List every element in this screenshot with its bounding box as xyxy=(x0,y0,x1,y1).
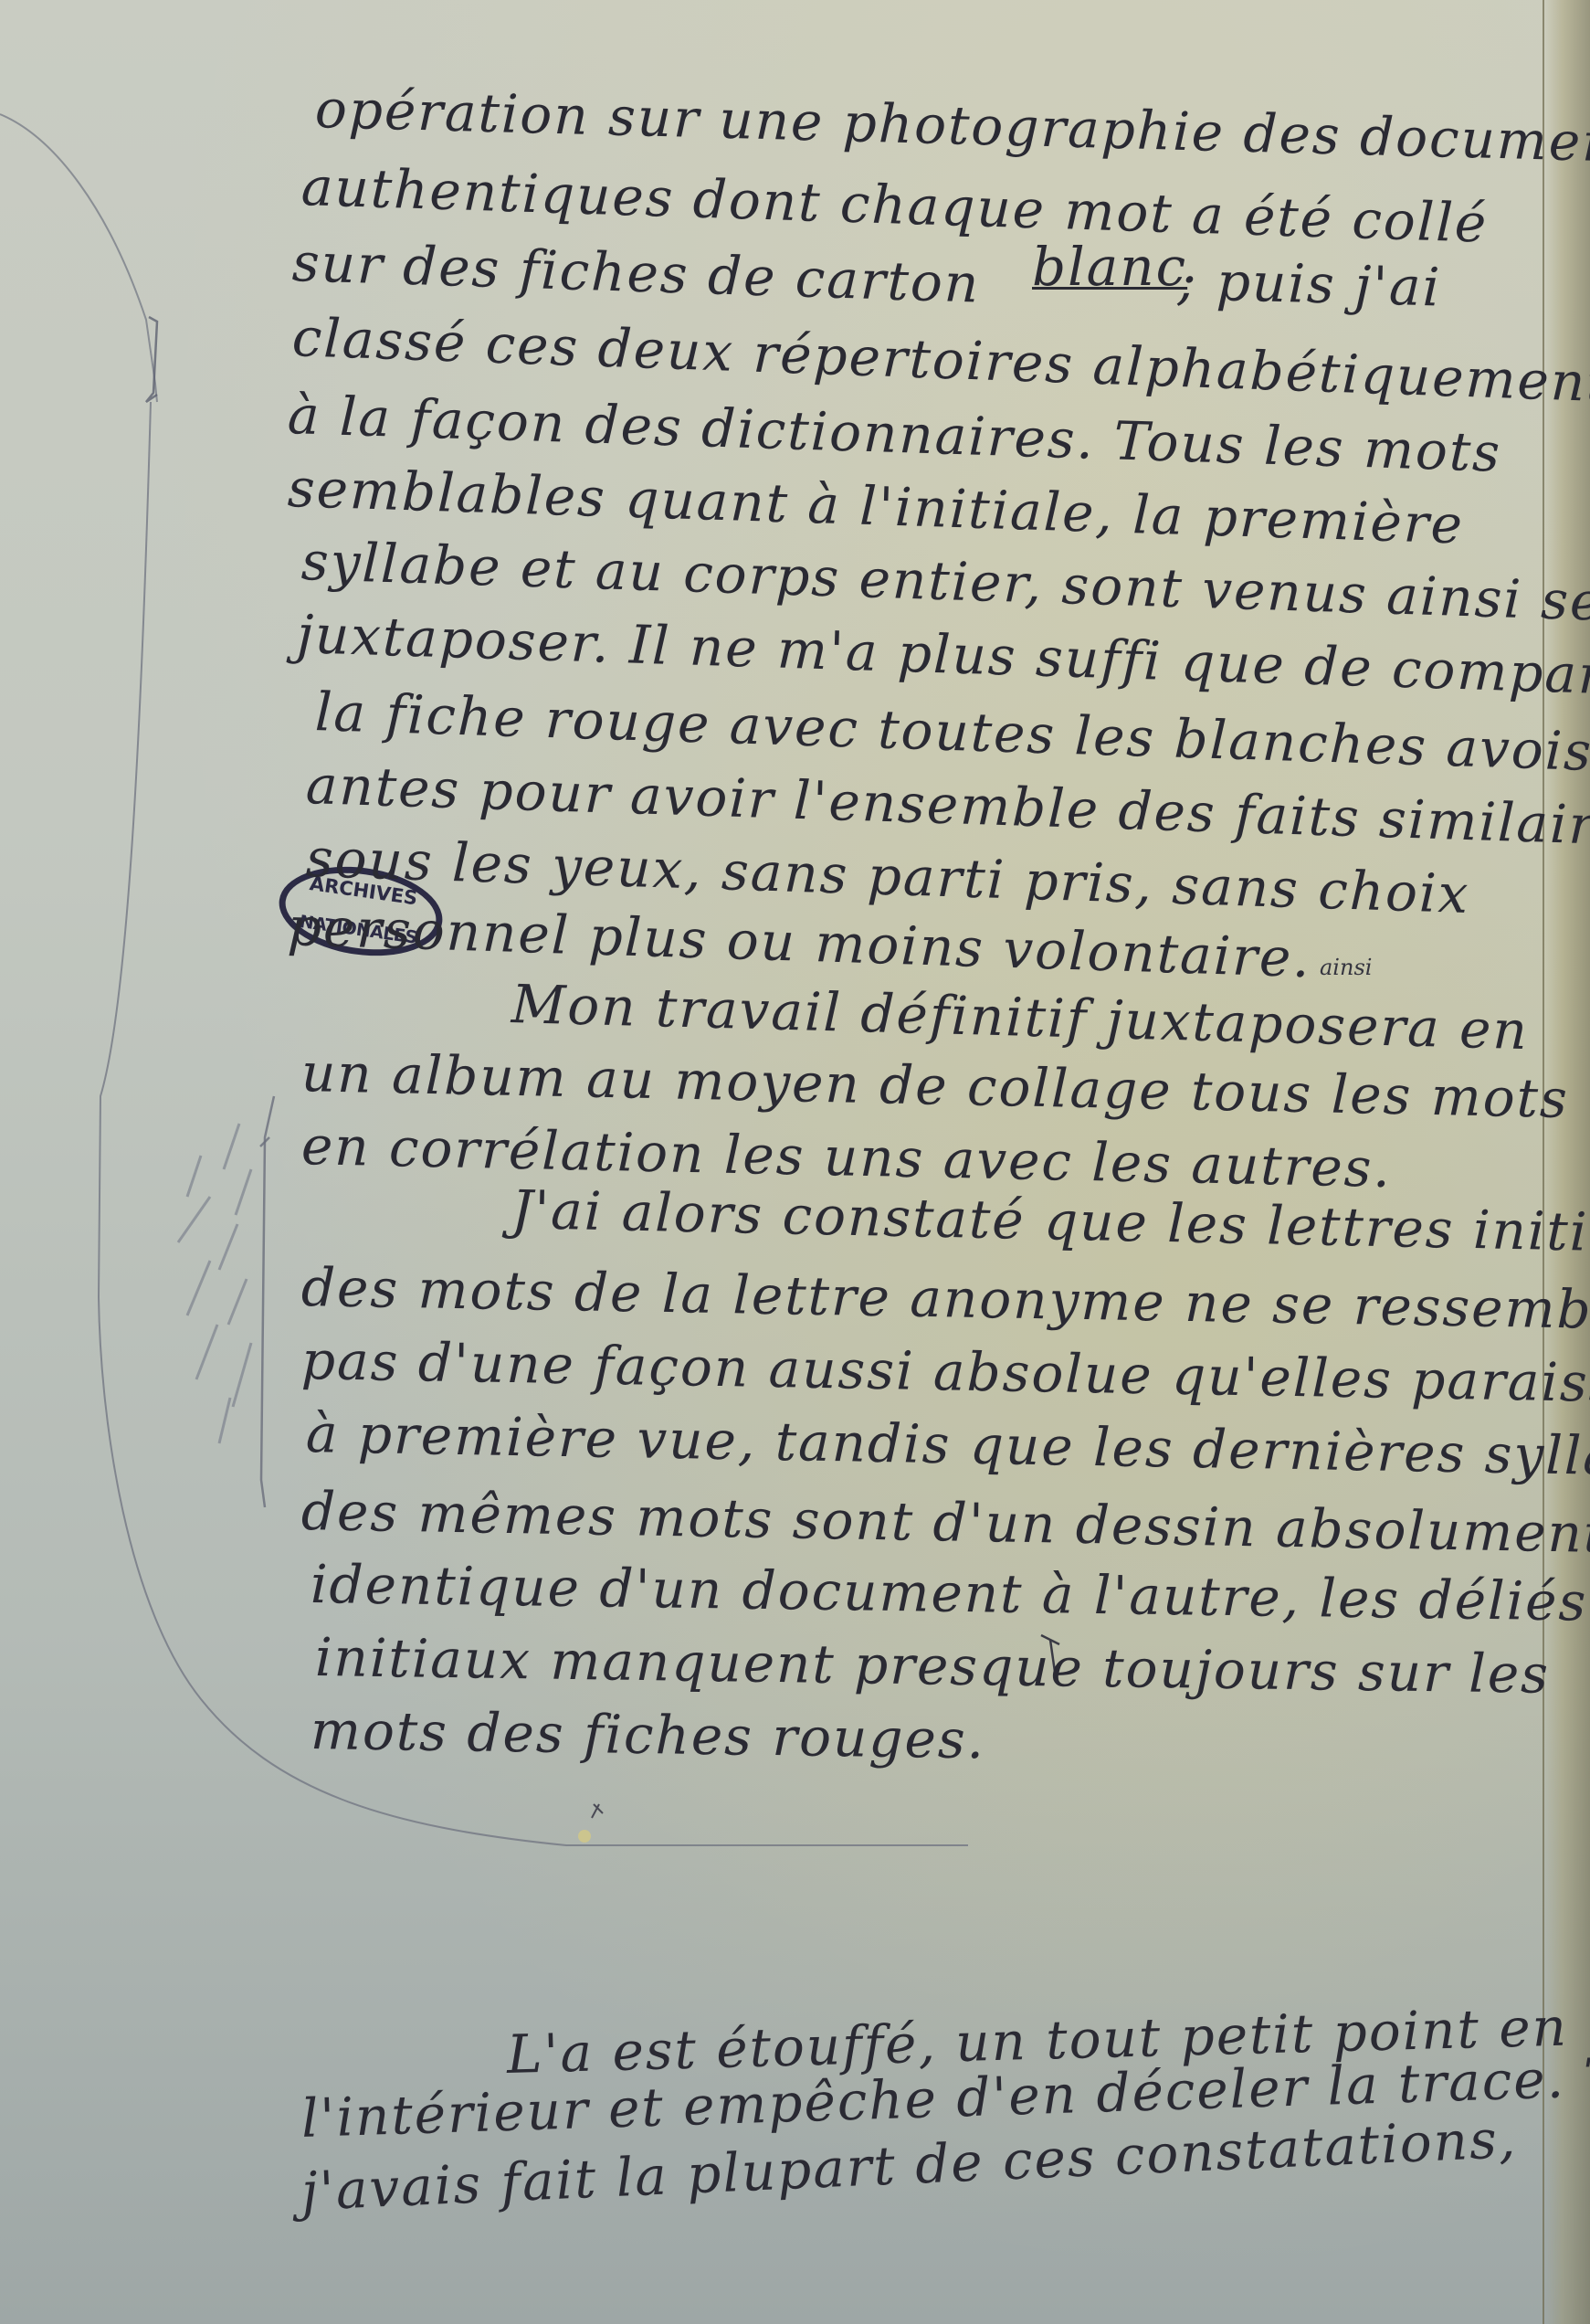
manuscript-line: ; puis j'ai xyxy=(1177,249,1442,319)
manuscript-line: sur des fiches de carton xyxy=(291,231,981,315)
page-edge xyxy=(1543,0,1590,2324)
manuscript-line: des mêmes mots sont d'un dessin absolume… xyxy=(300,1480,1590,1565)
manuscript-page: ARCHIVES NATIONALES opération sur une ph… xyxy=(0,0,1590,2324)
manuscript-line: des mots de la lettre anonyme ne se ress… xyxy=(300,1256,1590,1343)
manuscript-line: à première vue, tandis que les dernières… xyxy=(305,1402,1590,1489)
underlined-word: blanc xyxy=(1032,236,1187,298)
manuscript-line: identique d'un document à l'autre, les d… xyxy=(311,1553,1588,1633)
manuscript-line: J'ai alors constaté que les lettres init… xyxy=(511,1178,1590,1265)
interlinear-insert: ainsi xyxy=(1320,955,1372,980)
manuscript-line: mots des fiches rouges. xyxy=(311,1699,986,1770)
manuscript-line: opération sur une photographie des docum… xyxy=(314,78,1590,175)
manuscript-line: initiaux manquent presque toujours sur l… xyxy=(315,1626,1551,1706)
manuscript-line: pas d'une façon aussi absolue qu'elles p… xyxy=(300,1329,1590,1416)
